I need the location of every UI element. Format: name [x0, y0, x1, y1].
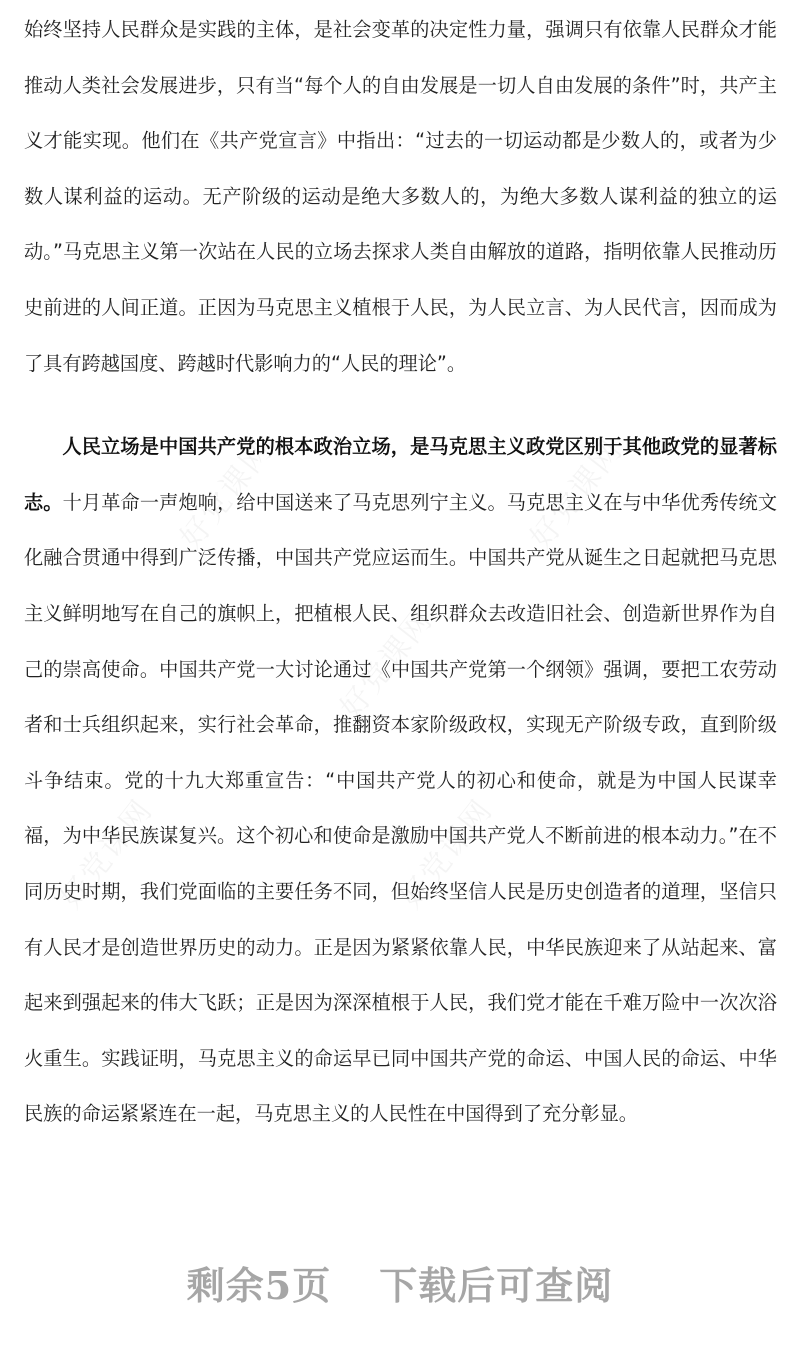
remaining-pages-label: 剩余5页 — [187, 1263, 331, 1308]
paragraph-2: 人民立场是中国共产党的根本政治立场，是马克思主义政党区别于其他政党的显著标志。十… — [24, 419, 777, 1142]
paragraph-1: 始终坚持人民群众是实践的主体，是社会变革的决定性力量，强调只有依靠人民群众才能推… — [24, 2, 777, 391]
download-to-view-label[interactable]: 下载后可查阅 — [379, 1263, 613, 1308]
paragraph-1-text: 始终坚持人民群众是实践的主体，是社会变革的决定性力量，强调只有依靠人民群众才能推… — [24, 18, 777, 375]
document-page: 始终坚持人民群众是实践的主体，是社会变革的决定性力量，强调只有依靠人民群众才能推… — [24, 2, 777, 1142]
download-prompt-banner[interactable]: 剩余5页下载后可查阅 — [0, 1255, 800, 1310]
paragraph-2-text: 十月革命一声炮响，给中国送来了马克思列宁主义。马克思主义在与中华优秀传统文化融合… — [24, 491, 777, 1126]
